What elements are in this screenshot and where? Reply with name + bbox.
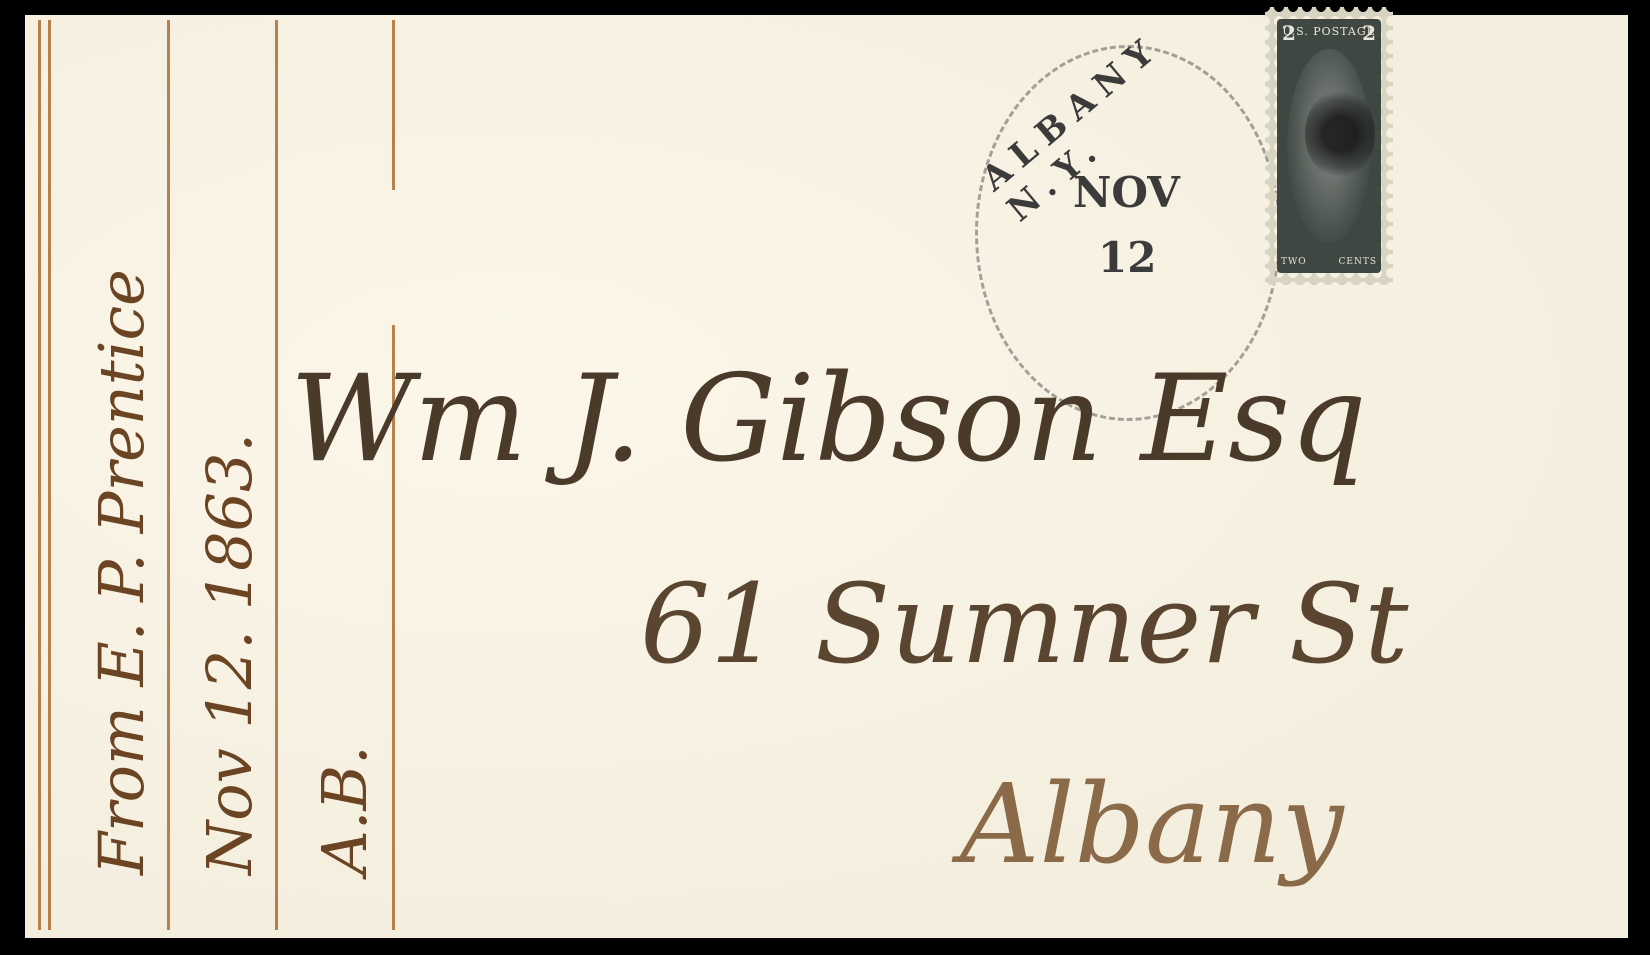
ruled-line (392, 20, 395, 190)
ruled-line (275, 20, 278, 930)
docket-initials: A.B. (308, 745, 381, 875)
postmark-day: 12 (1098, 233, 1156, 282)
stamp-denomination-tl: 2 (1282, 21, 1296, 45)
ruled-line (38, 20, 41, 930)
address-city: Albany (960, 760, 1344, 888)
ruled-line (167, 20, 170, 930)
docket-date: Nov 12. 1863. (193, 433, 266, 875)
stamp-denomination-tr: 2 (1362, 21, 1376, 45)
cancellation-mark (1305, 89, 1375, 179)
postage-stamp: U.S. POSTAGE 2 2 TWO CENTS (1265, 7, 1393, 285)
postmark-month: NOV (1073, 168, 1180, 217)
address-street: 61 Sumner St (640, 560, 1409, 688)
docket-from: From E. P. Prentice (85, 269, 158, 875)
stamp-frame: U.S. POSTAGE 2 2 TWO CENTS (1277, 19, 1381, 273)
ruled-line (48, 20, 51, 930)
stamp-value-left: TWO (1281, 257, 1307, 267)
stamp-value-right: CENTS (1339, 257, 1378, 267)
address-name: Wm J. Gibson Esq (290, 350, 1367, 489)
